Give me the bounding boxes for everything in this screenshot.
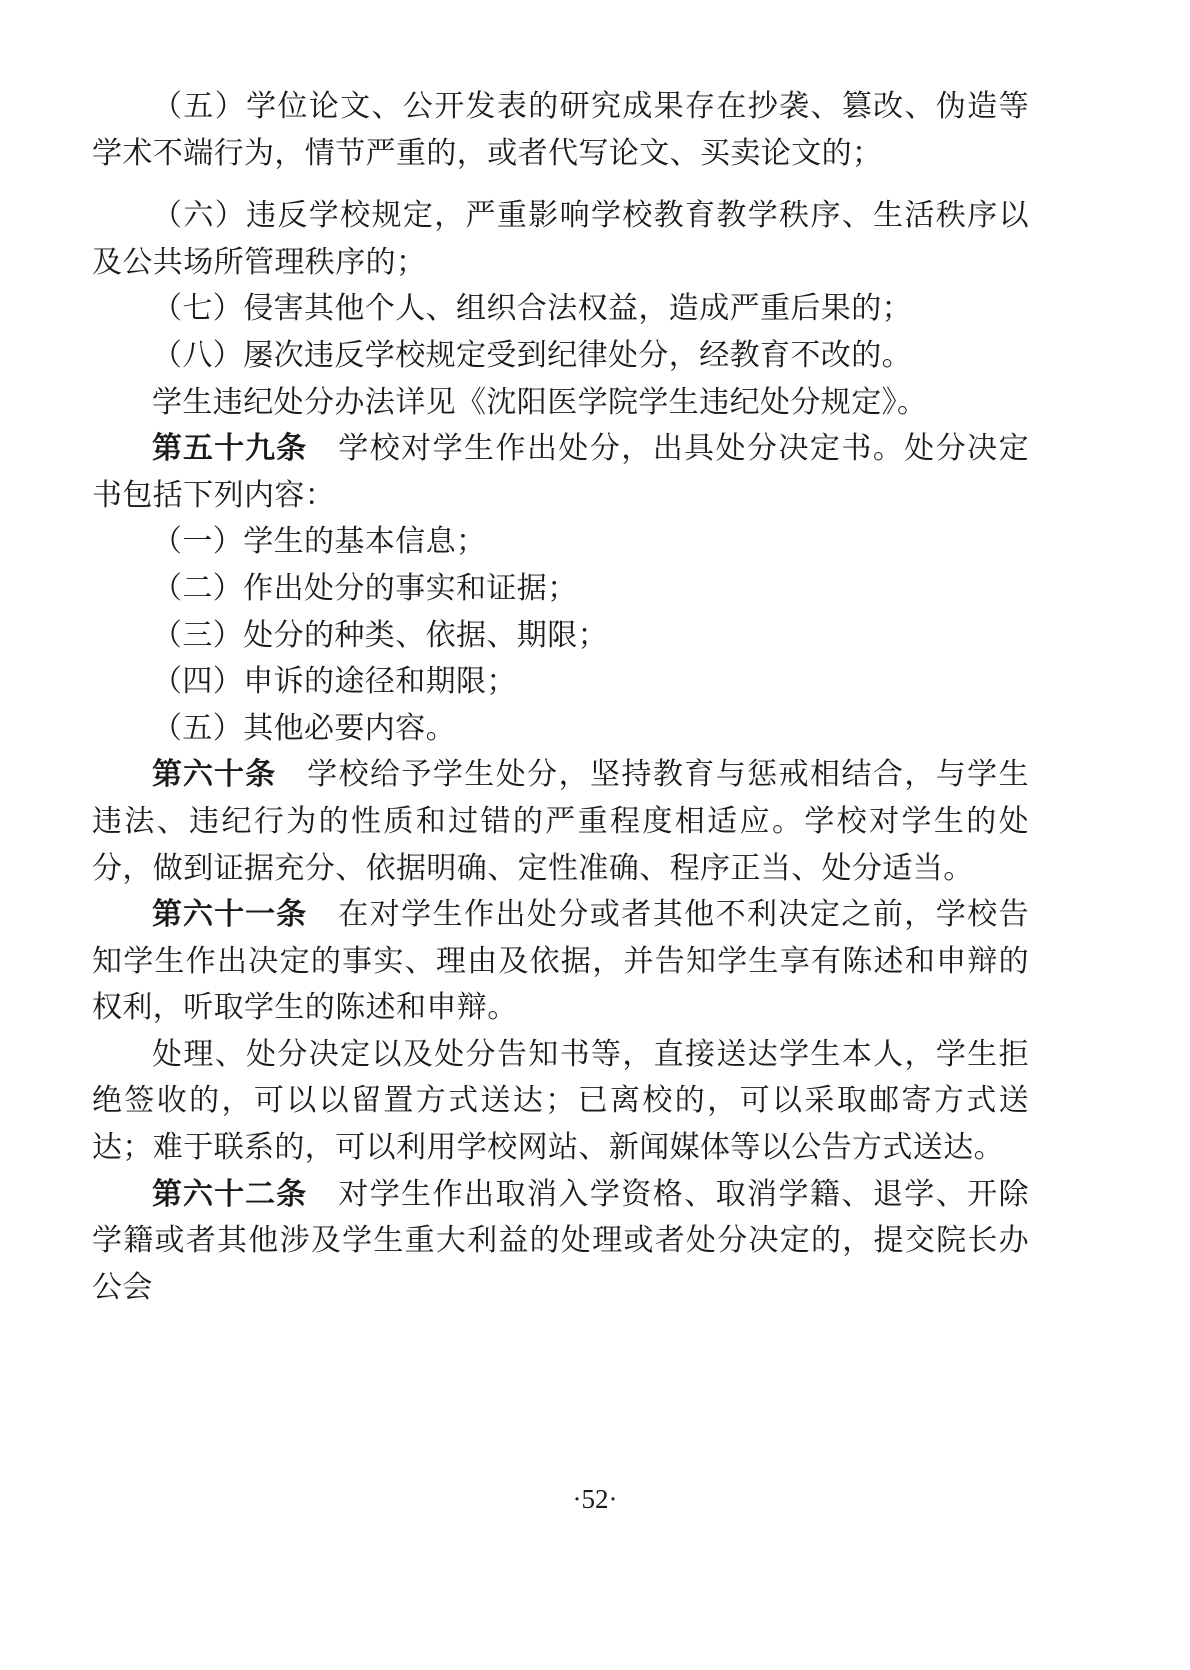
article-61: 第六十一条在对学生作出处分或者其他不利决定之前，学校告知学生作出决定的事实、理由…	[92, 892, 1029, 1032]
delivery-paragraph: 处理、处分决定以及处分告知书等，直接送达学生本人，学生拒绝签收的，可以以留置方式…	[92, 1032, 1029, 1172]
article-label: 第六十一条	[152, 897, 307, 932]
list-item-3-type-basis-term: （三）处分的种类、依据、期限；	[92, 613, 1029, 660]
list-item-5-other: （五）其他必要内容。	[92, 706, 1029, 753]
article-62: 第六十二条对学生作出取消入学资格、取消学籍、退学、开除学籍或者其他涉及学生重大利…	[92, 1172, 1029, 1312]
article-label: 第六十条	[152, 757, 276, 792]
reference-paragraph: 学生违纪处分办法详见《沈阳医学院学生违纪处分规定》。	[92, 380, 1029, 427]
article-59: 第五十九条学校对学生作出处分，出具处分决定书。处分决定书包括下列内容：	[92, 426, 1029, 519]
list-item-5-academic-misconduct: （五）学位论文、公开发表的研究成果存在抄袭、篡改、伪造等学术不端行为，情节严重的…	[92, 84, 1029, 177]
article-label: 第六十二条	[152, 1177, 307, 1212]
document-body: （五）学位论文、公开发表的研究成果存在抄袭、篡改、伪造等学术不端行为，情节严重的…	[92, 84, 1029, 1311]
list-item-2-facts-evidence: （二）作出处分的事实和证据；	[92, 566, 1029, 613]
document-page: （五）学位论文、公开发表的研究成果存在抄袭、篡改、伪造等学术不端行为，情节严重的…	[0, 0, 1190, 1670]
list-item-4-appeal: （四）申诉的途径和期限；	[92, 659, 1029, 706]
list-item-6-violate-rules: （六）违反学校规定，严重影响学校教育教学秩序、生活秩序以及公共场所管理秩序的；	[92, 193, 1029, 286]
page-number: ·52·	[0, 1484, 1190, 1515]
list-item-8-repeated-violations: （八）屡次违反学校规定受到纪律处分，经教育不改的。	[92, 333, 1029, 380]
article-label: 第五十九条	[152, 431, 307, 466]
list-item-7-infringe-rights: （七）侵害其他个人、组织合法权益，造成严重后果的；	[92, 286, 1029, 333]
article-60: 第六十条学校给予学生处分，坚持教育与惩戒相结合，与学生违法、违纪行为的性质和过错…	[92, 752, 1029, 892]
list-item-1-basic-info: （一）学生的基本信息；	[92, 519, 1029, 566]
